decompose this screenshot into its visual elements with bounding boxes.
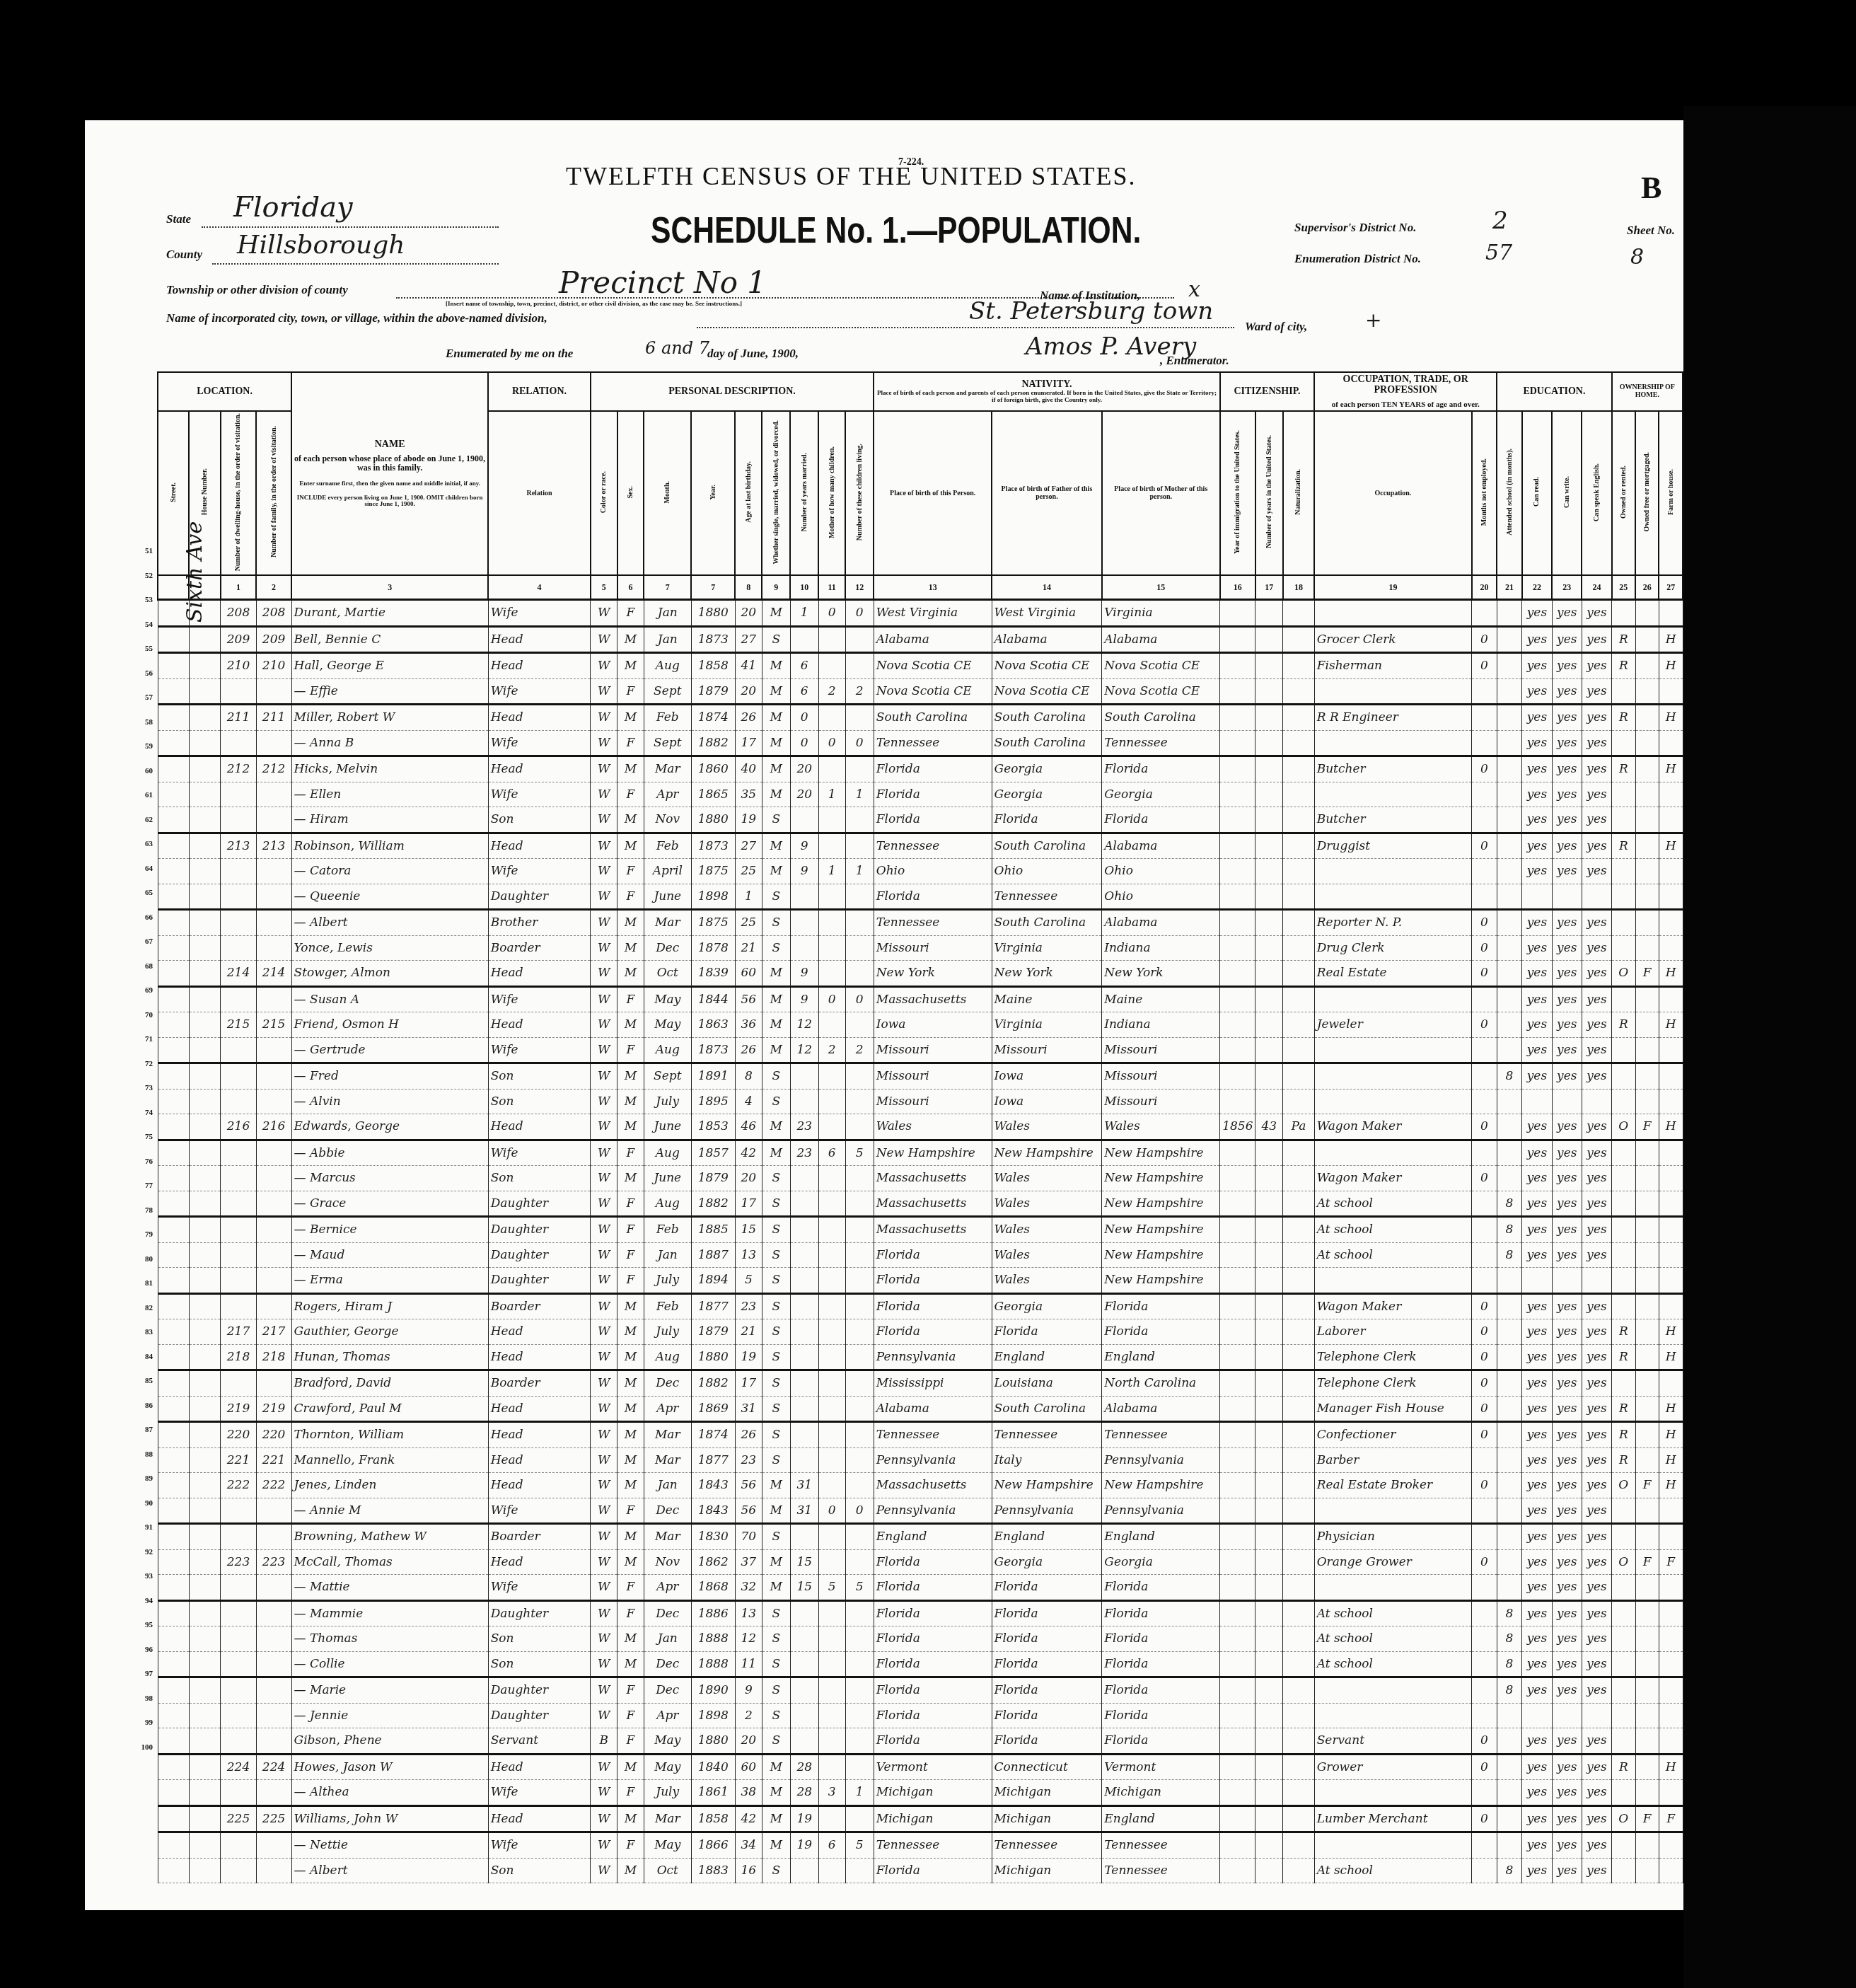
- cell-mc: 1: [818, 782, 845, 807]
- cell-ym: 19: [790, 1805, 818, 1832]
- table-row: — Susan AWifeWFMay184456M900Massachusett…: [158, 986, 1683, 1012]
- cell-sex: M: [617, 1012, 644, 1038]
- cell-name: Browning, Mathew W: [291, 1524, 488, 1550]
- cell-free: [1635, 1012, 1659, 1038]
- cell-month: Aug: [644, 653, 691, 679]
- cell-age: 9: [735, 1677, 762, 1704]
- cell-occ: [1314, 1089, 1471, 1114]
- cell-own: R: [1612, 1396, 1635, 1422]
- table-row: 212212Hicks, MelvinHeadWMMar186040M20Flo…: [158, 756, 1683, 782]
- census-table-wrapper: LOCATION. NAMEof each person whose place…: [157, 371, 1683, 1928]
- column-header-label: Number of years in the United States.: [1265, 435, 1273, 548]
- cell-write: yes: [1552, 1370, 1582, 1397]
- cell-own: [1612, 1651, 1635, 1677]
- cell-cl: [845, 1524, 874, 1550]
- cell-occ: [1314, 1268, 1471, 1294]
- cell-cl: [845, 1166, 874, 1191]
- table-row: — CatoraWifeWFApril187525M911OhioOhioOhi…: [158, 859, 1683, 884]
- cell-own: [1612, 910, 1635, 936]
- column-header-26: Can speak English.: [1582, 411, 1611, 575]
- cell-free: [1635, 1575, 1659, 1601]
- cell-occ: Wagon Maker: [1314, 1114, 1471, 1140]
- cell-write: yes: [1552, 807, 1582, 833]
- cell-house-number: [189, 1422, 220, 1448]
- cell-street: [158, 1549, 189, 1575]
- cell-street: [158, 1524, 189, 1550]
- cell-nat: [1283, 1728, 1314, 1755]
- cell-month: Mar: [644, 1524, 691, 1550]
- cell-rel: Daughter: [488, 1268, 591, 1294]
- cell-cl: [845, 626, 874, 653]
- cell-year: 1898: [691, 884, 735, 910]
- cell-mc: [818, 935, 845, 961]
- cell-name: Hunan, Thomas: [291, 1344, 488, 1370]
- cell-occ: Real Estate Broker: [1314, 1473, 1471, 1498]
- cell-farm: H: [1659, 961, 1683, 987]
- cell-mpob: Florida: [1102, 1626, 1220, 1652]
- cell-dw: [221, 884, 256, 910]
- cell-farm: [1659, 678, 1683, 705]
- cell-own: [1612, 1037, 1635, 1063]
- cell-write: yes: [1552, 705, 1582, 731]
- line-number: 79: [119, 1223, 153, 1247]
- cell-imm: [1220, 1217, 1255, 1243]
- cell-farm: [1659, 1217, 1683, 1243]
- city-line: [697, 327, 1234, 328]
- cell-pob: Florida: [874, 1549, 992, 1575]
- cell-mpob: Pennsylvania: [1102, 1498, 1220, 1524]
- cell-year: 1858: [691, 653, 735, 679]
- cell-sex: M: [617, 1166, 644, 1191]
- cell-dw: 212: [221, 756, 256, 782]
- cell-nat: [1283, 1832, 1314, 1859]
- cell-write: yes: [1552, 653, 1582, 679]
- cell-street: [158, 910, 189, 936]
- ward-label: Ward of city,: [1245, 320, 1307, 334]
- column-number: 6: [617, 575, 644, 600]
- cell-eng: yes: [1582, 1166, 1611, 1191]
- cell-fam: [256, 1242, 291, 1268]
- cell-pob: Iowa: [874, 1012, 992, 1038]
- cell-own: R: [1612, 1447, 1635, 1473]
- cell-name: — Gertrude: [291, 1037, 488, 1063]
- cell-street: [158, 1268, 189, 1294]
- cell-farm: [1659, 1268, 1683, 1294]
- cell-age: 12: [735, 1626, 762, 1652]
- cell-mpob: Tennessee: [1102, 1858, 1220, 1883]
- cell-fpob: Florida: [992, 1575, 1102, 1601]
- cell-nat: [1283, 1344, 1314, 1370]
- cell-write: yes: [1552, 1858, 1582, 1883]
- cell-month: Apr: [644, 1396, 691, 1422]
- table-row: 209209Bell, Bennie CHeadWMJan187327SAlab…: [158, 626, 1683, 653]
- cell-fpob: Georgia: [992, 1293, 1102, 1319]
- cell-year: 1839: [691, 961, 735, 987]
- cell-dw: [221, 1370, 256, 1397]
- cell-year: 1843: [691, 1498, 735, 1524]
- cell-mne: [1472, 600, 1497, 627]
- cell-ym: [790, 1858, 818, 1883]
- cell-street: [158, 1089, 189, 1114]
- cell-mpob: Tennessee: [1102, 1832, 1220, 1859]
- cell-age: 17: [735, 730, 762, 756]
- cell-sex: M: [617, 807, 644, 833]
- cell-age: 26: [735, 1037, 762, 1063]
- cell-name: — Hiram: [291, 807, 488, 833]
- cell-nat: [1283, 1191, 1314, 1217]
- cell-farm: [1659, 910, 1683, 936]
- line-number: 98: [119, 1687, 153, 1711]
- cell-own: O: [1612, 961, 1635, 987]
- cell-rel: Head: [488, 961, 591, 987]
- cell-write: yes: [1552, 961, 1582, 987]
- cell-house-number: [189, 884, 220, 910]
- cell-dw: [221, 1217, 256, 1243]
- cell-color: W: [591, 1012, 617, 1038]
- cell-fam: [256, 1140, 291, 1166]
- cell-occ: [1314, 1063, 1471, 1090]
- cell-mar: M: [762, 653, 790, 679]
- cell-ym: [790, 1677, 818, 1704]
- table-row: 213213Robinson, WilliamHeadWMFeb187327M9…: [158, 833, 1683, 859]
- cell-month: Dec: [644, 1677, 691, 1704]
- cell-write: yes: [1552, 1473, 1582, 1498]
- cell-rel: Head: [488, 626, 591, 653]
- cell-fpob: Florida: [992, 1319, 1102, 1345]
- cell-mc: 2: [818, 1037, 845, 1063]
- cell-cl: [845, 1600, 874, 1626]
- cell-school: 8: [1497, 1217, 1522, 1243]
- cell-dw: [221, 1575, 256, 1601]
- cell-mpob: England: [1102, 1805, 1220, 1832]
- cell-house-number: [189, 782, 220, 807]
- cell-nat: [1283, 1780, 1314, 1806]
- cell-fpob: Florida: [992, 1600, 1102, 1626]
- cell-mpob: South Carolina: [1102, 705, 1220, 731]
- cell-house-number: [189, 1754, 220, 1780]
- column-number: 5: [591, 575, 617, 600]
- cell-occ: [1314, 730, 1471, 756]
- column-number: [189, 575, 220, 600]
- cell-farm: [1659, 1575, 1683, 1601]
- cell-sex: F: [617, 678, 644, 705]
- table-row: — ThomasSonWMJan188812SFloridaFloridaFlo…: [158, 1626, 1683, 1652]
- cell-school: [1497, 1549, 1522, 1575]
- cell-fam: [256, 1089, 291, 1114]
- enumerated-prefix: Enumerated by me on the: [446, 347, 573, 361]
- table-row: 218218Hunan, ThomasHeadWMAug188019SPenns…: [158, 1344, 1683, 1370]
- cell-fam: [256, 884, 291, 910]
- cell-color: W: [591, 1319, 617, 1345]
- cell-write: yes: [1552, 600, 1582, 627]
- cell-month: Aug: [644, 1191, 691, 1217]
- line-number: 89: [119, 1467, 153, 1491]
- table-row: — MattieWifeWFApr186832M1555FloridaFlori…: [158, 1575, 1683, 1601]
- cell-pob: Tennessee: [874, 730, 992, 756]
- cell-mpob: Florida: [1102, 1575, 1220, 1601]
- cell-sex: F: [617, 1728, 644, 1755]
- cell-occ: Telephone Clerk: [1314, 1370, 1471, 1397]
- cell-fam: [256, 1651, 291, 1677]
- cell-street: [158, 1498, 189, 1524]
- cell-school: 8: [1497, 1626, 1522, 1652]
- cell-occ: Butcher: [1314, 807, 1471, 833]
- column-number: 25: [1612, 575, 1635, 600]
- cell-ym: 19: [790, 1832, 818, 1859]
- cell-mar: S: [762, 1242, 790, 1268]
- cell-sex: F: [617, 1140, 644, 1166]
- cell-farm: [1659, 1370, 1683, 1397]
- cell-yrs: [1255, 1858, 1283, 1883]
- cell-yrs: [1255, 1498, 1283, 1524]
- cell-age: 23: [735, 1447, 762, 1473]
- cell-free: [1635, 678, 1659, 705]
- cell-mc: [818, 1063, 845, 1090]
- cell-occ: [1314, 678, 1471, 705]
- line-number: 91: [119, 1515, 153, 1540]
- cell-rel: Wife: [488, 1037, 591, 1063]
- cell-read: yes: [1522, 705, 1552, 731]
- cell-occ: Butcher: [1314, 756, 1471, 782]
- cell-rel: Boarder: [488, 935, 591, 961]
- cell-house-number: [189, 626, 220, 653]
- table-row: — MaudDaughterWFJan188713SFloridaWalesNe…: [158, 1242, 1683, 1268]
- cell-sex: M: [617, 1063, 644, 1090]
- cell-write: [1552, 884, 1582, 910]
- cell-ym: [790, 1370, 818, 1397]
- cell-cl: [845, 1677, 874, 1704]
- cell-rel: Daughter: [488, 1242, 591, 1268]
- cell-cl: 5: [845, 1575, 874, 1601]
- cell-fpob: Maine: [992, 986, 1102, 1012]
- cell-name: Stowger, Almon: [291, 961, 488, 987]
- cell-mar: M: [762, 1012, 790, 1038]
- cell-nat: [1283, 1370, 1314, 1397]
- line-number: 64: [119, 857, 153, 882]
- cell-age: 46: [735, 1114, 762, 1140]
- cell-write: [1552, 1268, 1582, 1294]
- cell-pob: Ohio: [874, 859, 992, 884]
- cell-street: [158, 705, 189, 731]
- cell-dw: [221, 1498, 256, 1524]
- cell-street: [158, 859, 189, 884]
- column-header-label: Number of years married.: [801, 453, 808, 531]
- cell-read: yes: [1522, 1728, 1552, 1755]
- line-number: 84: [119, 1345, 153, 1370]
- cell-occ: Wagon Maker: [1314, 1166, 1471, 1191]
- table-row: Rogers, Hiram JBoarderWMFeb187723SFlorid…: [158, 1293, 1683, 1319]
- column-header-16: Place of birth of Father of this person.: [992, 411, 1102, 575]
- cell-school: [1497, 1422, 1522, 1448]
- cell-fpob: Georgia: [992, 1549, 1102, 1575]
- cell-eng: yes: [1582, 600, 1611, 627]
- cell-pob: England: [874, 1524, 992, 1550]
- cell-read: yes: [1522, 1473, 1552, 1498]
- cell-write: yes: [1552, 1140, 1582, 1166]
- cell-occ: Laborer: [1314, 1319, 1471, 1345]
- column-number: 17: [1255, 575, 1283, 600]
- cell-age: 38: [735, 1780, 762, 1806]
- cell-nat: [1283, 1037, 1314, 1063]
- cell-mar: M: [762, 1473, 790, 1498]
- cell-house-number: [189, 1858, 220, 1883]
- cell-nat: [1283, 1089, 1314, 1114]
- cell-street: [158, 1114, 189, 1140]
- cell-name: Williams, John W: [291, 1805, 488, 1832]
- cell-mar: M: [762, 1037, 790, 1063]
- cell-mne: [1472, 1268, 1497, 1294]
- cell-read: yes: [1522, 935, 1552, 961]
- cell-rel: Wife: [488, 859, 591, 884]
- column-header-28: Owned free or mortgaged.: [1635, 411, 1659, 575]
- cell-imm: [1220, 1447, 1255, 1473]
- cell-color: W: [591, 705, 617, 731]
- cell-mne: 0: [1472, 1549, 1497, 1575]
- cell-imm: [1220, 884, 1255, 910]
- cell-school: [1497, 884, 1522, 910]
- line-number: 61: [119, 783, 153, 808]
- cell-mc: [818, 626, 845, 653]
- cell-age: 20: [735, 600, 762, 627]
- cell-write: yes: [1552, 1012, 1582, 1038]
- cell-age: 19: [735, 807, 762, 833]
- cell-free: F: [1635, 1114, 1659, 1140]
- cell-month: Feb: [644, 1217, 691, 1243]
- cell-cl: 5: [845, 1832, 874, 1859]
- column-header-label: Can speak English.: [1593, 463, 1601, 521]
- cell-imm: [1220, 1524, 1255, 1550]
- cell-free: [1635, 1140, 1659, 1166]
- cell-own: O: [1612, 1805, 1635, 1832]
- cell-imm: [1220, 1422, 1255, 1448]
- column-header-25: Can write.: [1552, 411, 1582, 575]
- cell-free: [1635, 730, 1659, 756]
- column-number: 13: [874, 575, 992, 600]
- cell-fpob: Florida: [992, 1677, 1102, 1704]
- cell-mne: [1472, 1780, 1497, 1806]
- table-row: 223223McCall, ThomasHeadWMNov186237M15Fl…: [158, 1549, 1683, 1575]
- cell-pob: New York: [874, 961, 992, 987]
- cell-mar: S: [762, 1728, 790, 1755]
- cell-name: Robinson, William: [291, 833, 488, 859]
- cell-rel: Head: [488, 1422, 591, 1448]
- cell-dw: [221, 1166, 256, 1191]
- cell-fam: 218: [256, 1344, 291, 1370]
- cell-farm: H: [1659, 1344, 1683, 1370]
- cell-ym: [790, 1089, 818, 1114]
- cell-imm: [1220, 1677, 1255, 1704]
- cell-rel: Son: [488, 1626, 591, 1652]
- line-numbers: 5152535455565758596061626364656667686970…: [119, 539, 153, 1759]
- cell-read: [1522, 1703, 1552, 1728]
- cell-farm: H: [1659, 705, 1683, 731]
- cell-fpob: Georgia: [992, 782, 1102, 807]
- line-number: 73: [119, 1076, 153, 1101]
- cell-dw: [221, 1089, 256, 1114]
- group-personal: PERSONAL DESCRIPTION.: [591, 372, 874, 411]
- cell-school: [1497, 678, 1522, 705]
- cell-school: [1497, 1166, 1522, 1191]
- cell-ym: 9: [790, 986, 818, 1012]
- cell-ym: 1: [790, 600, 818, 627]
- cell-fpob: Wales: [992, 1114, 1102, 1140]
- cell-free: [1635, 859, 1659, 884]
- cell-name: Bell, Bennie C: [291, 626, 488, 653]
- township-value: Precinct No 1: [559, 265, 766, 300]
- cell-fpob: Nova Scotia CE: [992, 678, 1102, 705]
- cell-eng: [1582, 1268, 1611, 1294]
- cell-ym: [790, 1396, 818, 1422]
- cell-imm: [1220, 1651, 1255, 1677]
- cell-house-number: [189, 1728, 220, 1755]
- cell-street: [158, 1396, 189, 1422]
- cell-nat: [1283, 782, 1314, 807]
- group-relation: RELATION.: [488, 372, 591, 411]
- cell-read: yes: [1522, 1166, 1552, 1191]
- cell-color: W: [591, 1140, 617, 1166]
- cell-nat: [1283, 1651, 1314, 1677]
- cell-house-number: [189, 1217, 220, 1243]
- cell-mne: [1472, 1089, 1497, 1114]
- cell-read: yes: [1522, 1780, 1552, 1806]
- cell-occ: Orange Grower: [1314, 1549, 1471, 1575]
- cell-cl: [845, 1728, 874, 1755]
- cell-mc: [818, 1012, 845, 1038]
- name-desc: of each person whose place of abode on J…: [294, 454, 486, 473]
- cell-free: [1635, 1268, 1659, 1294]
- cell-mc: [818, 1114, 845, 1140]
- cell-school: [1497, 1037, 1522, 1063]
- cell-nat: [1283, 1575, 1314, 1601]
- cell-eng: yes: [1582, 1651, 1611, 1677]
- cell-color: W: [591, 1191, 617, 1217]
- cell-sex: M: [617, 1422, 644, 1448]
- cell-street: [158, 1140, 189, 1166]
- cell-imm: [1220, 600, 1255, 627]
- cell-own: R: [1612, 1319, 1635, 1345]
- state-line: [202, 226, 499, 228]
- cell-pob: Vermont: [874, 1754, 992, 1780]
- line-number: 75: [119, 1125, 153, 1150]
- cell-name: — Albert: [291, 1858, 488, 1883]
- cell-sex: M: [617, 1524, 644, 1550]
- cell-mne: [1472, 1498, 1497, 1524]
- cell-color: W: [591, 1447, 617, 1473]
- cell-rel: Head: [488, 1447, 591, 1473]
- cell-eng: yes: [1582, 1549, 1611, 1575]
- cell-eng: yes: [1582, 1805, 1611, 1832]
- cell-age: 60: [735, 1754, 762, 1780]
- cell-name: Mannello, Frank: [291, 1447, 488, 1473]
- cell-ym: 23: [790, 1140, 818, 1166]
- cell-age: 42: [735, 1805, 762, 1832]
- cell-rel: Head: [488, 653, 591, 679]
- line-number: 69: [119, 978, 153, 1003]
- cell-name: — Mammie: [291, 1600, 488, 1626]
- scan-border-right: [1683, 106, 1856, 1988]
- cell-school: [1497, 986, 1522, 1012]
- cell-occ: [1314, 1832, 1471, 1859]
- cell-fam: 224: [256, 1754, 291, 1780]
- cell-eng: yes: [1582, 1242, 1611, 1268]
- cell-rel: Son: [488, 1858, 591, 1883]
- column-header-15: Place of birth of this Person.: [874, 411, 992, 575]
- cell-school: [1497, 1114, 1522, 1140]
- cell-year: 1895: [691, 1089, 735, 1114]
- cell-dw: 210: [221, 653, 256, 679]
- column-header-label: Place of birth of Mother of this person.: [1114, 485, 1207, 501]
- cell-farm: [1659, 1600, 1683, 1626]
